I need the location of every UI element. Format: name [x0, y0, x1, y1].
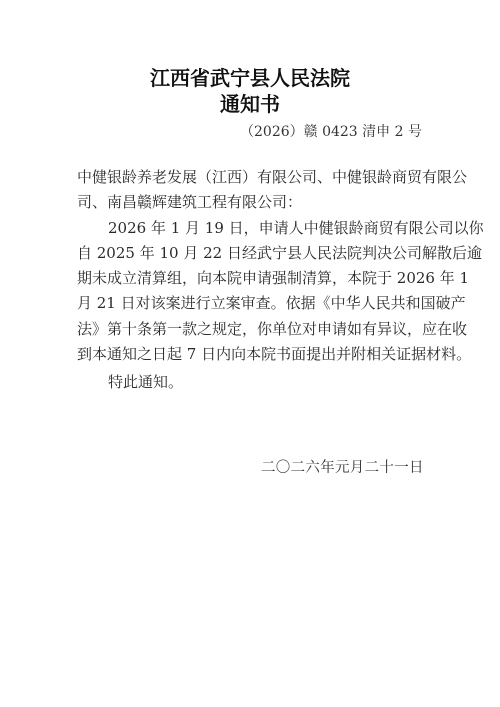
- notice-body: 中健银龄养老发展（江西）有限公司、中健银龄商贸有限公 司、南昌赣辉建筑工程有限公…: [77, 165, 427, 367]
- body-line-5: 法》第十条第一款之规定，你单位对申请如有异议，应在收: [77, 317, 427, 342]
- recipients-line-2: 司、南昌赣辉建筑工程有限公司：: [77, 190, 427, 215]
- body-line-3: 期未成立清算组，向本院申请强制清算，本院于 2026 年 1: [77, 266, 427, 291]
- body-line-6: 到本通知之日起 7 日内向本院书面提出并附相关证据材料。: [77, 342, 427, 367]
- body-line-2: 自 2025 年 10 月 22 日经武宁县人民法院判决公司解散后逾: [77, 241, 427, 266]
- issue-date: 二〇二六年元月二十一日: [261, 456, 424, 477]
- case-number: （2026）赣 0423 清申 2 号: [240, 121, 422, 141]
- closing-statement: 特此通知。: [108, 371, 183, 392]
- body-line-1: 2026 年 1 月 19 日，申请人中健银龄商贸有限公司以你: [77, 216, 427, 241]
- document-type-heading: 通知书: [0, 88, 500, 117]
- body-line-4: 月 21 日对该案进行立案审查。依据《中华人民共和国破产: [77, 291, 427, 316]
- court-name-heading: 江西省武宁县人民法院: [0, 62, 500, 91]
- recipients-line-1: 中健银龄养老发展（江西）有限公司、中健银龄商贸有限公: [77, 165, 427, 190]
